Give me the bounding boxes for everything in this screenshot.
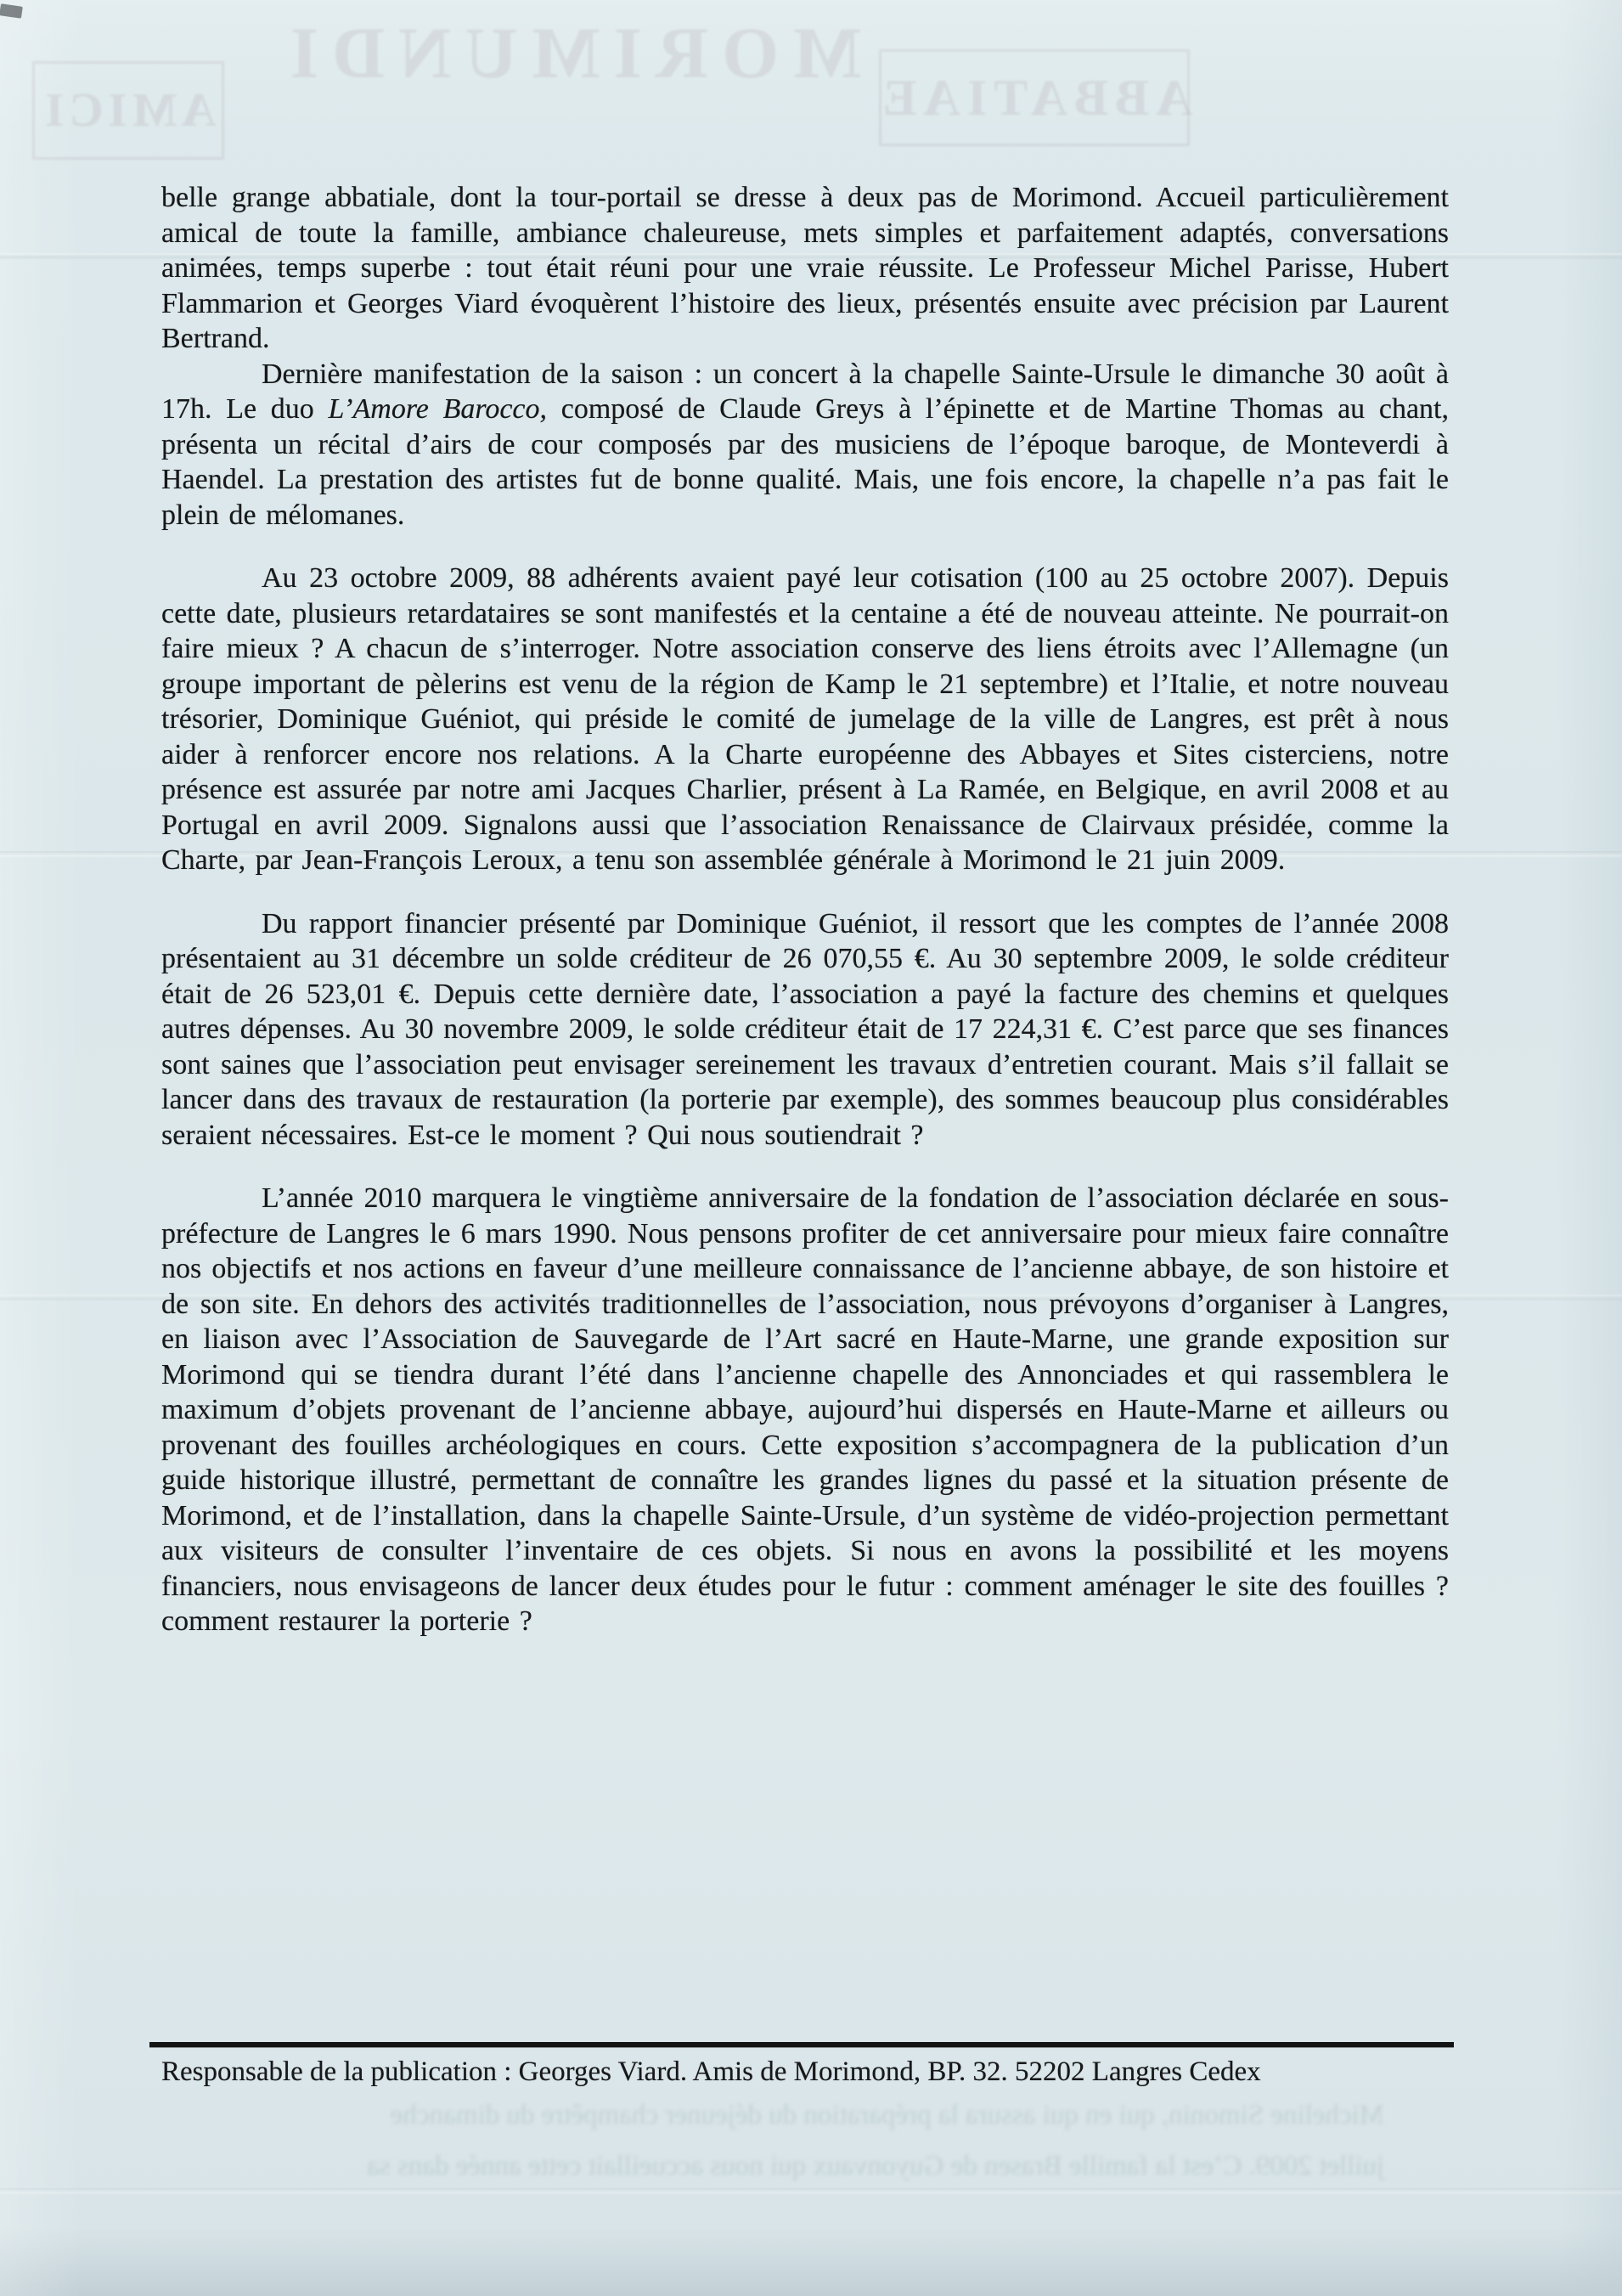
footer-text: Responsable de la publication : Georges … [161,2055,1454,2089]
document-body: belle grange abbatiale, dont la tour-por… [161,180,1449,1639]
duo-name-italic: L’Amore Barocco, [329,393,548,425]
publication-footer: Responsable de la publication : Georges … [149,2042,1454,2089]
paragraph-adherents-cotisation: Au 23 octobre 2009, 88 adhérents avaient… [161,561,1449,878]
bleedthrough-right-box: ABBATIAE [879,49,1190,146]
paragraph-grange-abbatiale: belle grange abbatiale, dont la tour-por… [161,180,1449,357]
footer-rule [149,2042,1454,2047]
bleedthrough-line: Micheline Simonin, qui en qui assura la … [93,2100,1384,2131]
bleedthrough-left-box: AMICI [32,61,224,160]
paragraph-annee-2010: L’année 2010 marquera le vingtième anniv… [161,1181,1449,1639]
paper-crease [0,2188,1622,2195]
scanned-page: MORIMUNDI ABBATIAE AMICI belle grange ab… [0,0,1622,2296]
bleedthrough-masthead: MORIMUNDI [212,10,926,95]
paragraph-rapport-financier: Du rapport financier présenté par Domini… [161,906,1449,1154]
bleedthrough-line: juillet 2009. C’est la famille Brasen de… [93,2151,1384,2182]
scan-edge-mark [0,3,23,18]
paragraph-concert-sainte-ursule: Dernière manifestation de la saison : un… [161,357,1449,533]
